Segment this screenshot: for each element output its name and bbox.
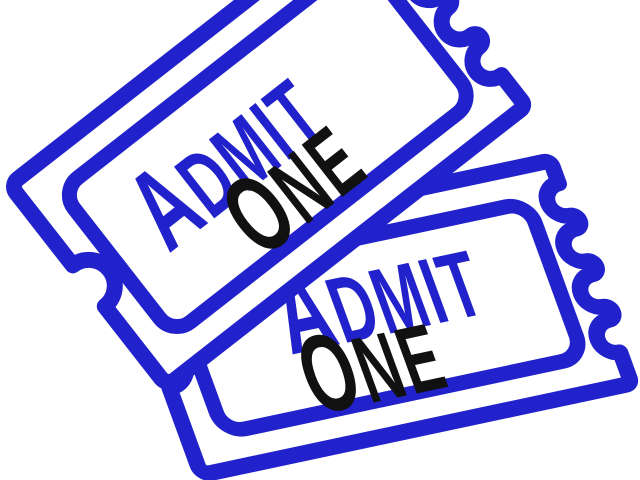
tickets-clipart: ADMIT ONE ADMIT ONE — [0, 0, 640, 480]
tickets-clipart-canvas: ADMIT ONE ADMIT ONE — [0, 0, 640, 480]
